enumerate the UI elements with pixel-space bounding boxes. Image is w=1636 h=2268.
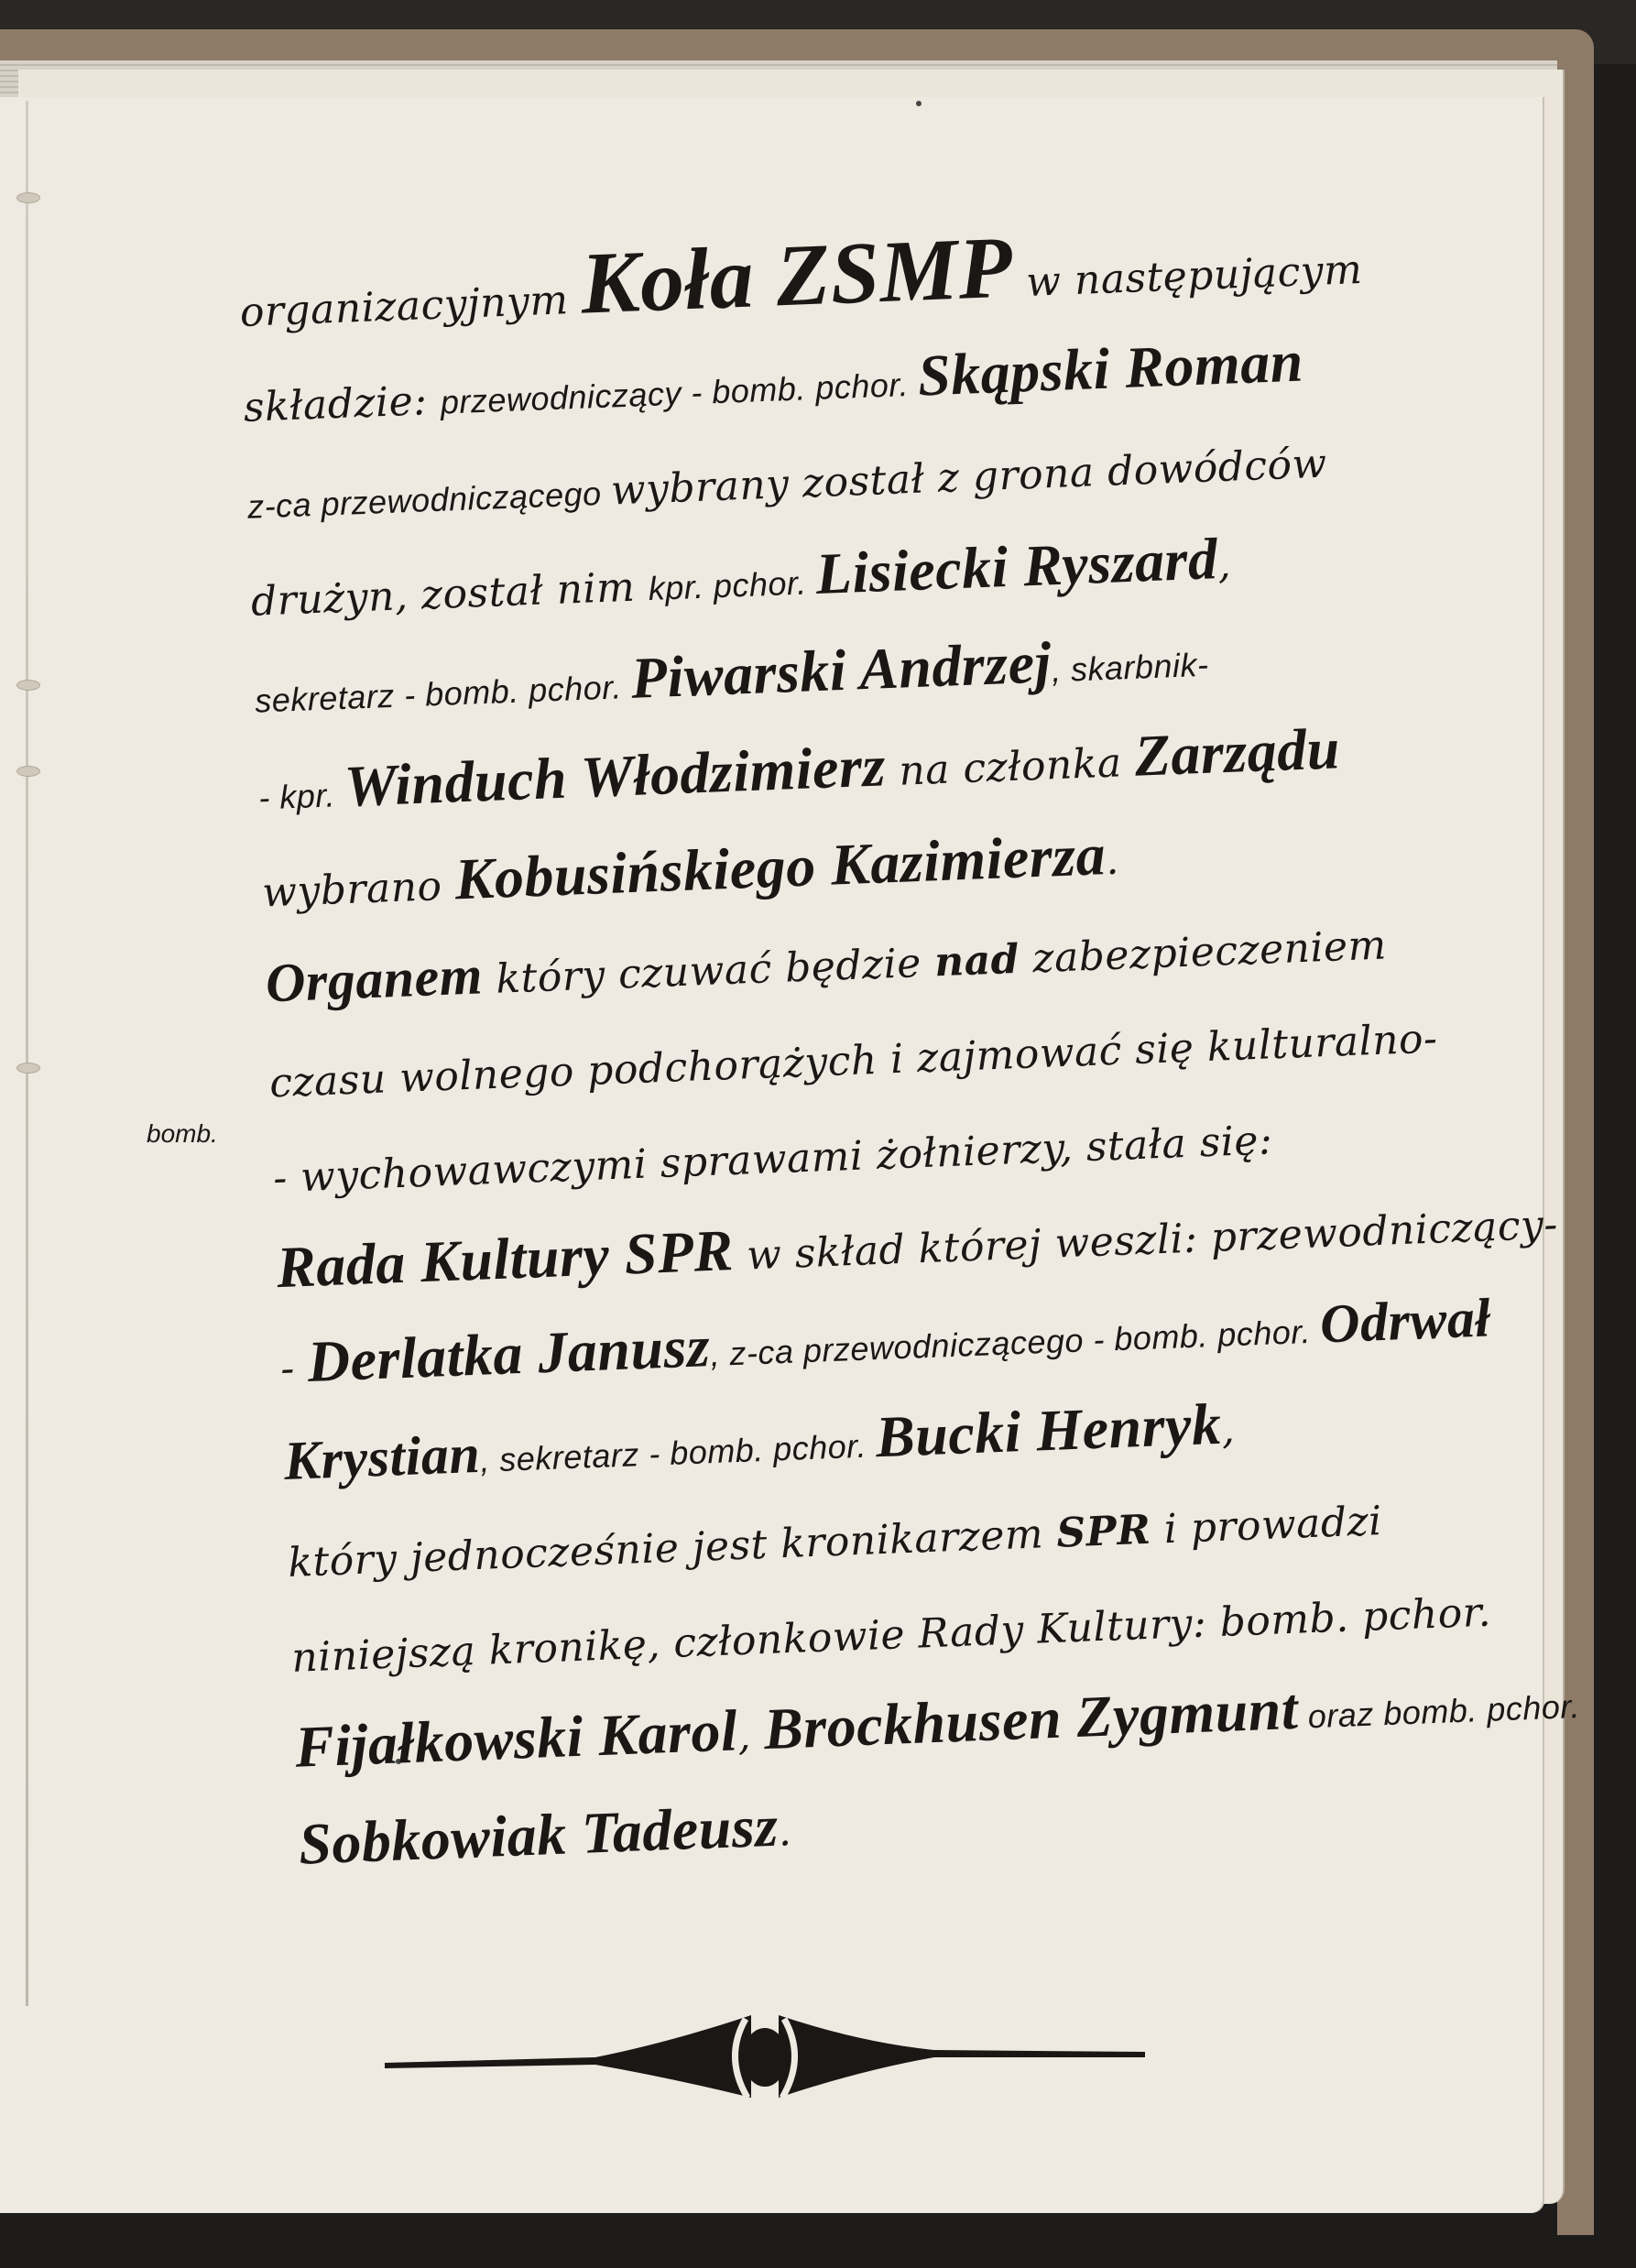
rank-text: - kpr. — [258, 776, 346, 817]
text-run: , — [1221, 1406, 1236, 1454]
rank-text: kpr. pchor. — [648, 563, 817, 607]
text-run: organizacyjnym — [239, 277, 583, 336]
binding-stitch — [16, 192, 40, 203]
decorated-name: Krystian — [283, 1423, 481, 1491]
text-run: . — [778, 1808, 792, 1856]
binding-thread — [26, 101, 28, 2006]
text-run: , skarbnik- — [1051, 646, 1209, 690]
rank-text: , z-ca przewodniczącego - bomb. pchor. — [710, 1313, 1322, 1374]
book-cover-edge — [0, 29, 1594, 62]
handwritten-text: organizacyjnym Koła ZSMP w następującym … — [238, 222, 1436, 1898]
rank-text: przewodniczący - bomb. pchor. — [440, 365, 919, 421]
paper-speck — [916, 101, 922, 106]
decorated-name: Bucki Henryk — [875, 1391, 1223, 1469]
decorated-word: Zarządu — [1133, 715, 1341, 789]
text-run: - wychowawczymi sprawami żołnierzy, stał… — [272, 1117, 1273, 1202]
decorated-name: Winduch Włodzimierz — [344, 733, 887, 819]
decorated-name: Skąpski Roman — [917, 328, 1304, 408]
rank-text: sekretarz - bomb. pchor. — [254, 668, 632, 720]
decorated-name: Fijałkowski Karol — [294, 1697, 739, 1779]
binding-stitch — [16, 680, 40, 691]
decorated-name: Koła ZSMP — [579, 218, 1014, 333]
text-run: wybrano — [261, 862, 456, 916]
text-run: który jednocześnie jest kronikarzem — [287, 1510, 1057, 1587]
decorated-name: Piwarski Andrzej — [630, 629, 1052, 711]
text-run: i prowadzi — [1150, 1498, 1382, 1554]
binding-stitch — [16, 1063, 40, 1074]
decorated-name: Kobusińskiego Kazimierza — [453, 822, 1107, 911]
decorated-name: Brockhusen Zygmunt — [763, 1676, 1300, 1761]
decorated-name: Derlatka Janusz — [306, 1314, 711, 1394]
rank-text: , sekretarz - bomb. pchor. — [480, 1426, 878, 1479]
text-run: w następującym — [1012, 246, 1363, 307]
text-run: zabezpieczeniem — [1019, 921, 1388, 982]
margin-note: bomb. — [147, 1119, 218, 1149]
text-run: drużyn, został nim — [250, 563, 649, 626]
text-run: . — [1105, 837, 1119, 885]
text-run: na członka — [885, 739, 1136, 795]
decorated-name: Lisiecki Ryszard — [814, 526, 1218, 606]
text-run: składzie: — [243, 377, 442, 431]
text-run: z-ca przewodniczącego — [246, 474, 611, 526]
text-run: , — [1217, 541, 1232, 589]
decorated-name: Sobkowiak Tadeusz — [298, 1794, 780, 1877]
decorated-name: Odrwał — [1319, 1287, 1492, 1354]
abbreviation: SPR — [1055, 1507, 1151, 1557]
text-run: nad — [933, 936, 1020, 987]
text-run: - — [279, 1345, 309, 1392]
text-run: , — [736, 1712, 765, 1760]
decorated-name: Rada Kultury SPR — [276, 1217, 735, 1300]
text-run: wybrany został z grona dowódców — [610, 441, 1328, 515]
decorative-divider-icon — [376, 2006, 1154, 2107]
binding-stitch — [16, 766, 40, 777]
decorated-word: Organem — [265, 944, 484, 1013]
text-run: który czuwać będzie — [482, 939, 935, 1003]
